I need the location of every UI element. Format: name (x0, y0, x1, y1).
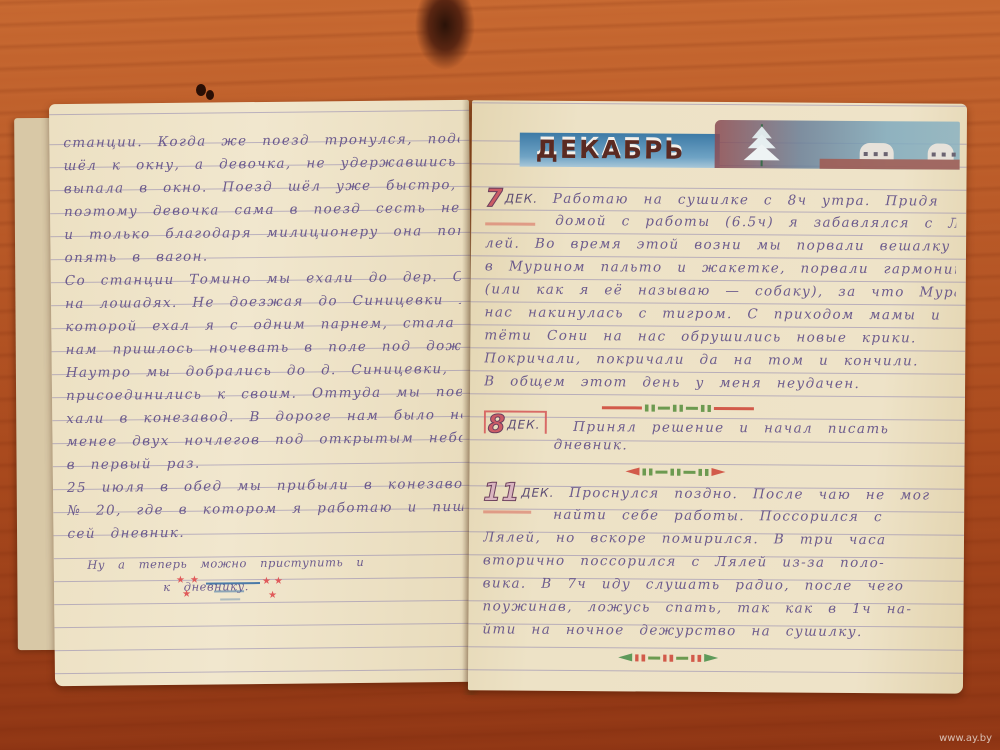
handwritten-line: Покричали, покричали да на том и кончили… (484, 347, 955, 373)
handwritten-line: тёти Сони на нас обрушились новые крики. (484, 324, 955, 350)
handwritten-line: домой с работы (6.5ч) я забавлялся с Ля- (485, 209, 956, 235)
entry-first-line: 8ДЕК. Принял решение и начал писать (484, 410, 955, 436)
handwritten-line: в Мурином пальто и жакетке, порвали гарм… (485, 255, 956, 281)
handwritten-line: поужинав, ложусь спать, так как в 1ч на- (482, 595, 953, 621)
entry-11: 11ДЕК. Проснулся поздно. После чаю не мо… (482, 480, 954, 644)
handwritten-line: сей дневник. (67, 519, 463, 546)
handwritten-line: В общем этот день у меня неудачен. (484, 370, 955, 396)
handwritten-line: Лялей, но вскоре помирился. В три часа (483, 526, 954, 552)
stars-decoration: ★ ★ ★ ★ ★ ★ (174, 574, 294, 615)
entry-first-line: 11ДЕК. Проснулся поздно. После чаю не мо… (483, 480, 954, 506)
month-title: ДЕКАБРЬ (536, 135, 686, 165)
house-icon (928, 143, 954, 159)
entry-8: 8ДЕК. Принял решение и начал писать днев… (484, 410, 955, 459)
handwritten-line: нас накинулась с тигром. С приходом мамы… (485, 301, 956, 327)
handwritten-line: йти на ночное дежурство на сушилку. (482, 618, 953, 644)
entry-date: 11ДЕК. (483, 480, 554, 504)
left-page: станции. Когда же поезд тронулся, подошё… (49, 100, 475, 686)
month-banner: ДЕКАБРЬ (520, 119, 958, 174)
watermark: www.ay.by (939, 733, 992, 744)
diary-book: станции. Когда же поезд тронулся, подошё… (0, 0, 1000, 750)
handwritten-line: (или как я её называю — собаку), за что … (485, 278, 956, 304)
entry-date: 7ДЕК. (485, 186, 538, 210)
handwritten-line: найти себе работы. Поссорился с (483, 503, 954, 529)
entry-line: дневник. (484, 433, 955, 459)
section-divider (618, 653, 718, 662)
house-icon (860, 143, 894, 159)
left-page-text: станции. Когда же поезд тронулся, подошё… (63, 128, 463, 546)
section-divider (625, 467, 725, 476)
entry-first-line: 7ДЕК. Работаю на сушилке с 8ч утра. Прид… (485, 186, 956, 212)
handwritten-line: лей. Во время этой возни мы порвали веша… (485, 232, 956, 258)
fir-tree-icon (742, 122, 782, 168)
right-page: ДЕКАБРЬ 7ДЕК. Работаю на сушилке с 8ч ут… (468, 100, 967, 693)
handwritten-line: вторично поссорился с Лялей из-за поло- (483, 549, 954, 575)
handwritten-line: вика. В 7ч иду слушать радио, после чего (483, 572, 954, 598)
entry-7: 7ДЕК. Работаю на сушилке с 8ч утра. Прид… (484, 186, 956, 396)
